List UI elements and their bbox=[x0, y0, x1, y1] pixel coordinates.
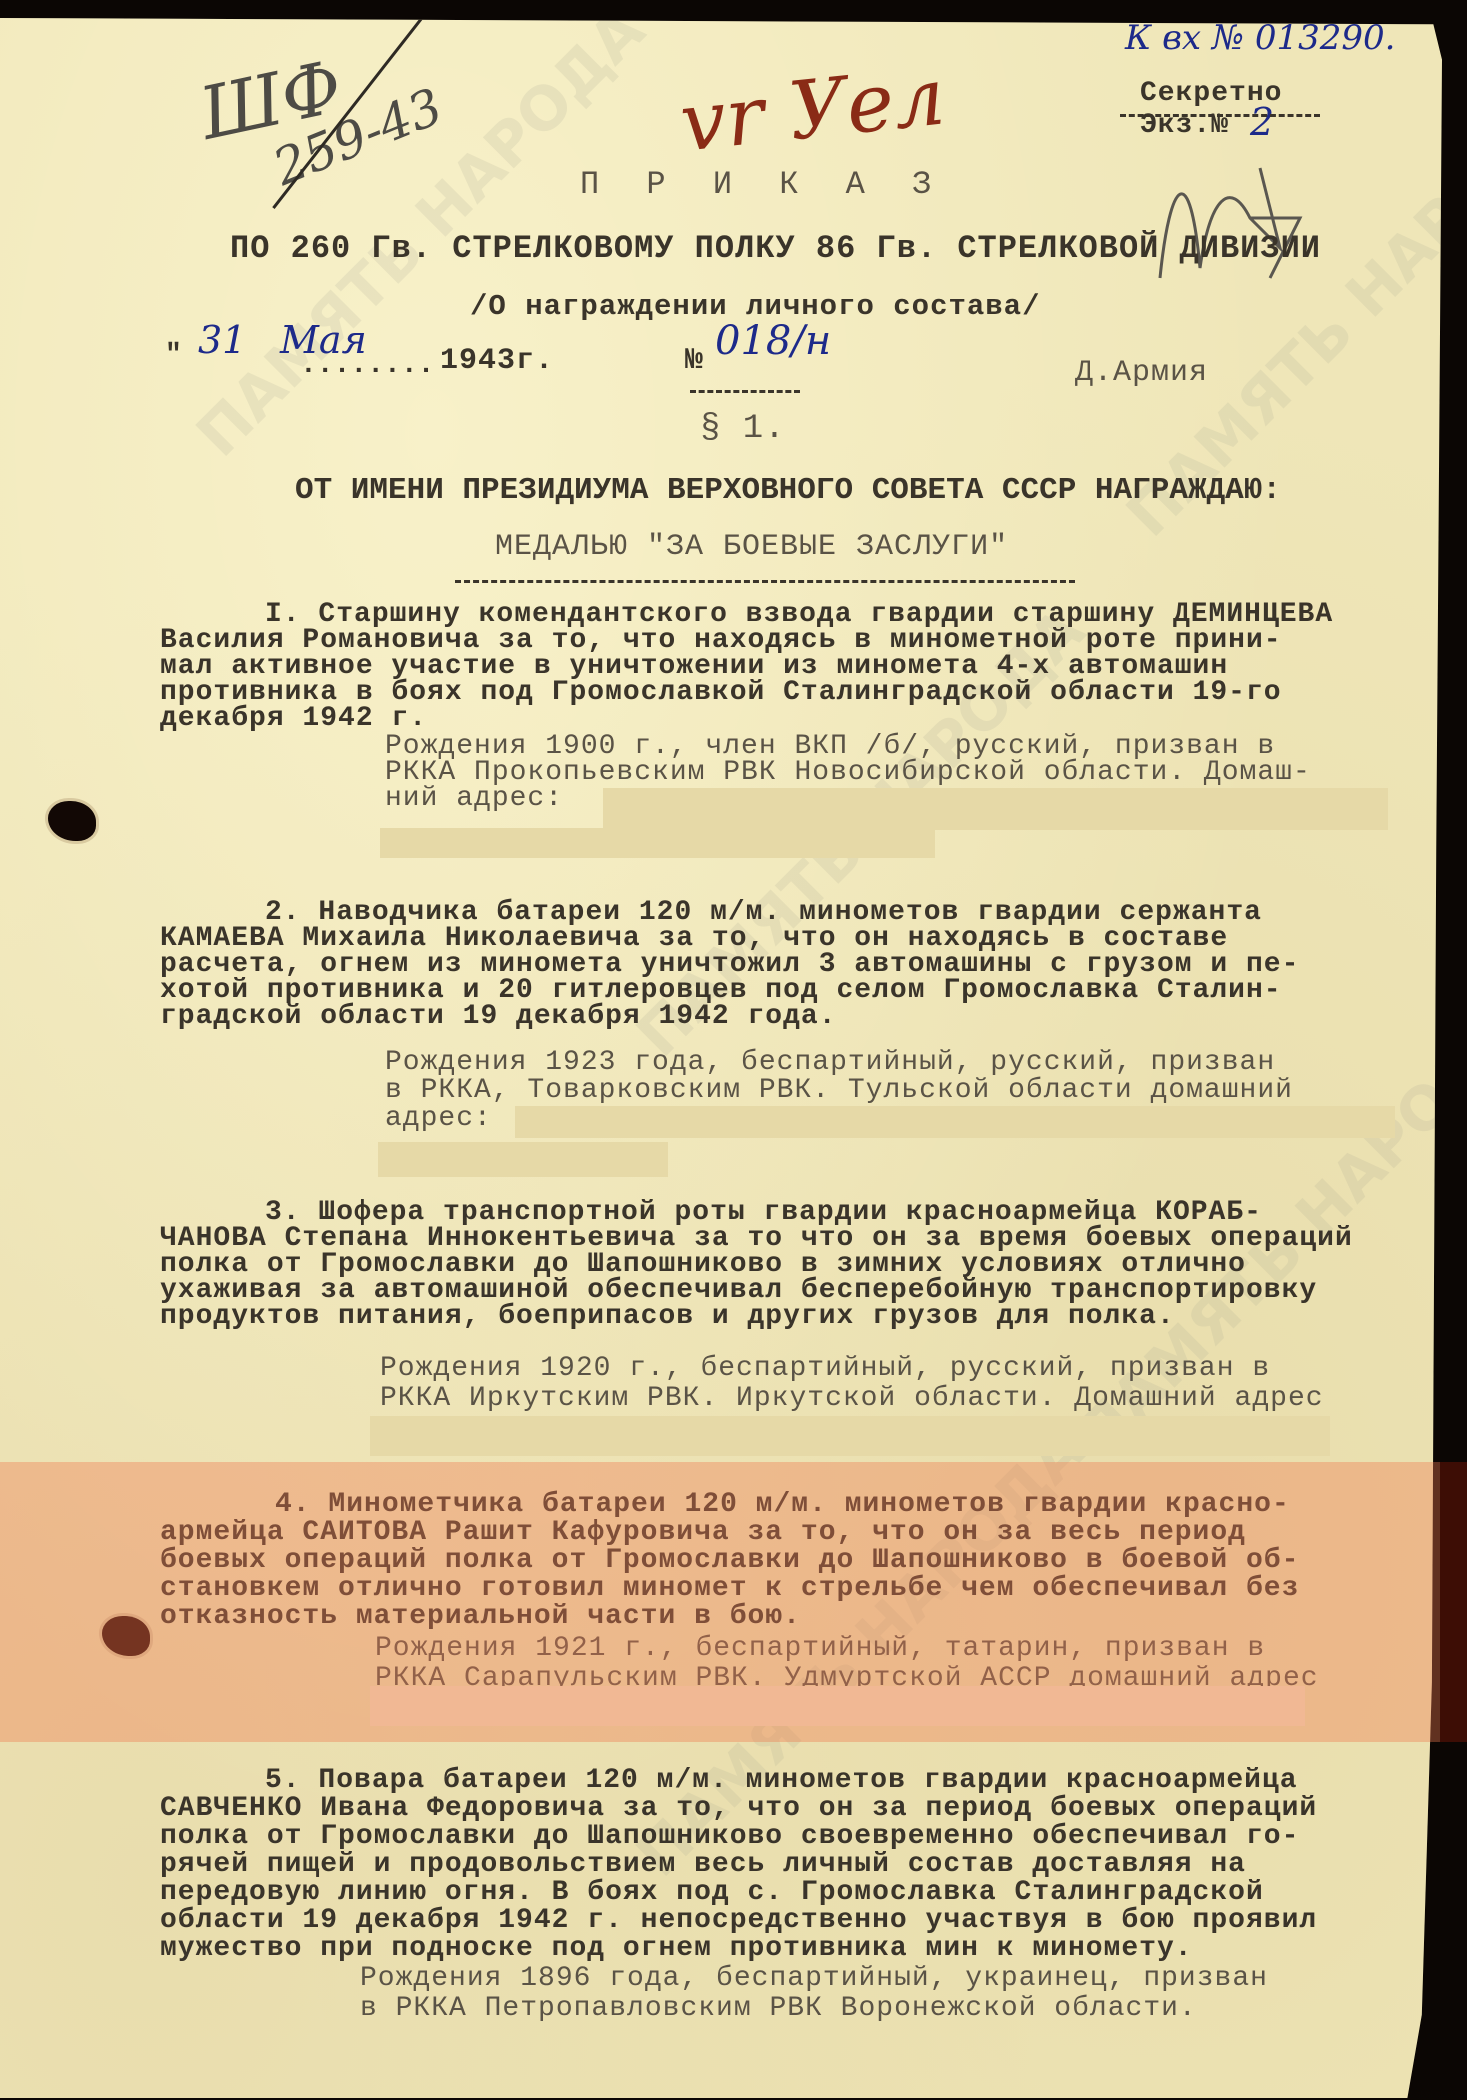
entry-line: декабря 1942 г. bbox=[160, 704, 1450, 734]
entry-line: становкем отлично готовил миномет к стре… bbox=[160, 1574, 1450, 1604]
award-heading: МЕДАЛЬЮ "ЗА БОЕВЫЕ ЗАСЛУГИ" bbox=[495, 530, 1008, 564]
date-year: 1943г. bbox=[440, 344, 554, 378]
location: Д.Армия bbox=[1075, 356, 1208, 390]
entry-line: области 19 декабря 1942 г. непосредствен… bbox=[160, 1906, 1450, 1936]
redacted-address bbox=[370, 1416, 1330, 1456]
entry-line: полка от Громославки до Шапошниково свое… bbox=[160, 1822, 1450, 1852]
entry-line: продуктов питания, боеприпасов и других … bbox=[160, 1302, 1450, 1332]
redacted-address bbox=[515, 1106, 1395, 1138]
entry-bio-line: Рождения 1896 года, беспартийный, украин… bbox=[160, 1964, 1450, 1994]
entry-bio-line: в РККА, Товарковским РВК. Тульской облас… bbox=[160, 1076, 1450, 1106]
order-number-underline bbox=[690, 390, 800, 393]
entry-line: градской области 19 декабря 1942 года. bbox=[160, 1002, 1450, 1032]
entry-line: 5. Повара батареи 120 м/м. минометов гва… bbox=[160, 1766, 1450, 1796]
date-quote: " bbox=[165, 340, 183, 371]
handwritten-incoming-reference: К вх № 013290. bbox=[1125, 18, 1395, 58]
entry-bio-line: РККА Иркутским РВК. Иркутской области. Д… bbox=[160, 1384, 1450, 1414]
document-title: П Р И К А З bbox=[580, 166, 945, 203]
decree-heading: ОТ ИМЕНИ ПРЕЗИДИУМА ВЕРХОВНОГО СОВЕТА СС… bbox=[295, 473, 1281, 508]
punch-hole bbox=[48, 801, 96, 841]
redacted-address bbox=[380, 828, 935, 858]
punch-hole bbox=[102, 1616, 150, 1656]
strike-line bbox=[1120, 114, 1320, 117]
entry-line: отказность материальной части в бою. bbox=[160, 1602, 1450, 1632]
entry-bio-line: Рождения 1923 года, беспартийный, русски… bbox=[160, 1048, 1450, 1078]
order-number-prefix: № bbox=[685, 344, 704, 378]
entry-line: мужество при подноске под огнем противни… bbox=[160, 1934, 1450, 1964]
redacted-address bbox=[370, 1686, 1305, 1726]
highlight-edge bbox=[1440, 1462, 1467, 1742]
entry-line: 4. Минометчика батареи 120 м/м. миномето… bbox=[160, 1490, 1450, 1520]
redacted-address bbox=[378, 1142, 668, 1177]
entry-bio-line: Рождения 1921 г., беспартийный, татарин,… bbox=[160, 1634, 1450, 1664]
entry-line: рячей пищей и продовольствием весь личны… bbox=[160, 1850, 1450, 1880]
entry-line: армейца САИТОВА Рашит Кафуровича за то, … bbox=[160, 1518, 1450, 1548]
copy-number: 2 bbox=[1250, 100, 1274, 144]
handwritten-day: 31 bbox=[198, 318, 246, 362]
handwritten-order-number: 018/н bbox=[715, 318, 831, 364]
award-underline bbox=[455, 580, 1075, 583]
entry-line: боевых операций полка от Громославки до … bbox=[160, 1546, 1450, 1576]
document-page: ПАМЯТЬ НАРОДА ПАМЯТЬ НАРОДА ПАМЯТЬ НАРОД… bbox=[0, 18, 1442, 2098]
redacted-address bbox=[603, 788, 1388, 830]
section-number: § 1. bbox=[700, 410, 786, 448]
handwritten-mark: vr Уел bbox=[676, 49, 949, 169]
date-dots: ........ bbox=[300, 350, 434, 381]
entry-line: передовую линию огня. В боях под с. Гром… bbox=[160, 1878, 1450, 1908]
entry-bio-line: в РККА Петропавловским РВК Воронежской о… bbox=[160, 1994, 1450, 2024]
unit-heading: ПО 260 Гв. СТРЕЛКОВОМУ ПОЛКУ 86 Гв. СТРЕ… bbox=[230, 230, 1321, 267]
signature-icon bbox=[1150, 158, 1320, 298]
entry-line: САВЧЕНКО Ивана Федоровича за то, что он … bbox=[160, 1794, 1450, 1824]
entry-bio-line: Рождения 1920 г., беспартийный, русский,… bbox=[160, 1354, 1450, 1384]
